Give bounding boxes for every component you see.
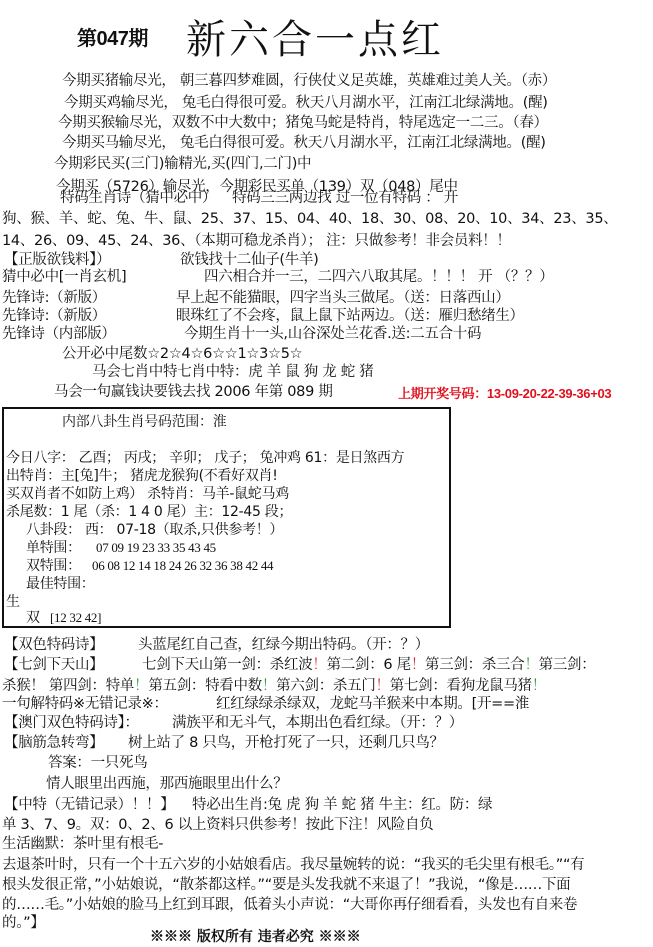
poem-line: 今期买鸡输尽光， 兔毛白得很可爱。秋天八月湖水平，江南江北绿满地。(醒) bbox=[64, 94, 548, 112]
qijian-part: 杀猴！ 第四剑：特单 bbox=[2, 678, 134, 694]
bagua-box: 内部八卦生肖号码范围：淮 今日八字： 乙酉； 丙戌； 辛卯； 戊子； 兔冲鸡 6… bbox=[2, 407, 451, 628]
qijian-part: 第六剑：杀五门 bbox=[276, 678, 375, 694]
shuang-values: 06 08 12 14 18 24 26 32 36 38 42 44 bbox=[92, 557, 273, 575]
humor-title: 生活幽默：茶叶里有根毛- bbox=[2, 835, 163, 853]
xianfeng-text-1: 早上起不能猫眼，四字当头三做尾。（送：日落西山） bbox=[176, 289, 510, 307]
exclaim-mark: ！ bbox=[532, 678, 546, 694]
weishu-line: 公开必中尾数☆2☆4☆6☆☆1☆3☆5☆ bbox=[62, 345, 302, 363]
shengxiao-label: 特码生肖诗（猜中必中） bbox=[60, 189, 216, 207]
maishuang-line: 买双肖者不如防上鸡） 杀特肖：马羊-鼠蛇马鸡 bbox=[6, 485, 289, 503]
exclaim-mark: ！ bbox=[376, 678, 390, 694]
yiju-label: 一句解特码※无错记录※： bbox=[2, 695, 168, 713]
zhengban-text: 欲钱找十二仙子(牛羊) bbox=[180, 251, 319, 269]
poem-line: 今期买马输尽光， 兔毛白得很可爱。秋天八月湖水平，江南江北绿满地。(醒) bbox=[62, 134, 546, 152]
qijian-part: 第五剑：特看中数 bbox=[148, 678, 262, 694]
shuangse-text: 头蓝尾红自己查，红绿今期出特码。（开：？） bbox=[138, 636, 429, 654]
qijian-part: 第七剑：看狗龙鼠马猪 bbox=[390, 678, 532, 694]
exclaim-mark: ！ bbox=[134, 678, 148, 694]
mahui-line: 马会一句赢钱诀要钱去找 2006 年第 089 期 bbox=[54, 383, 333, 401]
xianfeng-label-2: 先锋诗:（新版） bbox=[2, 307, 106, 325]
aomen-text: 满族平和无斗气，本期出色看红绿。（开：？） bbox=[172, 714, 463, 732]
zhengban-label: 【正版欲钱料】） bbox=[4, 251, 110, 269]
zhongte-text: 特必出生肖:兔 虎 狗 羊 蛇 猪 牛主：红。防：绿 bbox=[192, 796, 492, 814]
shawei-line: 杀尾数：1 尾（杀：1 4 0 尾）主：12-45 段； bbox=[6, 503, 292, 521]
shuang-label: 双特围： bbox=[26, 557, 81, 575]
humor-line: 去退茶叶时，只有一个十五六岁的小姑娘看店。我尽量婉转的说：“我买的毛尖里有根毛。… bbox=[2, 856, 584, 874]
yiju-text: 红红绿绿杀绿双，龙蛇马羊猴来中本期。[开==淮 bbox=[216, 695, 529, 713]
dan-values: 07 09 19 23 33 35 43 45 bbox=[96, 539, 216, 557]
shuang2-label: 双 bbox=[26, 609, 40, 627]
copyright-footer: ※※※ 版权所有 违者必究 ※※※ bbox=[150, 926, 361, 946]
shuangse-label: 【双色特码诗】 bbox=[4, 636, 103, 654]
qijian-line-1: 七剑下天山第一剑：杀红波！第二剑：6 尾！第三剑：杀三合！第三剑： bbox=[142, 656, 595, 674]
dan-label: 单特围： bbox=[26, 539, 81, 557]
poem-line: 今期买猴输尽光，双数不中大数中；猪兔马蛇是特肖，特尾选定一二三。（春） bbox=[58, 114, 548, 132]
qijian-part: 第二剑：6 尾 bbox=[327, 657, 411, 673]
exclaim-mark: ！ bbox=[312, 657, 326, 673]
naojin-label: 【脑筋急转弯】 bbox=[4, 734, 103, 752]
aomen-label: 【澳门双色特码诗】： bbox=[4, 714, 139, 732]
zhongte-label: 【中特（无错记录）！！】 bbox=[4, 796, 174, 814]
qijian-part: 第三剑：杀三合 bbox=[425, 657, 524, 673]
sheng-label: 生 bbox=[6, 593, 20, 611]
danshuang-line: 单 3、7、9。双：0、2、6 以上资料只供参考！按此下注！风险自负 bbox=[2, 816, 433, 834]
qijian-label: 【七剑下天山】 bbox=[4, 656, 103, 674]
qijian-line-2: 杀猴！ 第四剑：特单！第五剑：特看中数！第六剑：杀五门！第七剑：看狗龙鼠马猪！ bbox=[2, 677, 546, 695]
shuang2-values: [12 32 42] bbox=[50, 609, 101, 627]
humor-line: 的。”】 bbox=[2, 914, 45, 932]
men-line: 今期彩民买(三门)输精光,买(四门,二门)中 bbox=[54, 155, 311, 173]
bazi-line: 今日八字： 乙酉； 丙戌； 辛卯； 戊子； 兔冲鸡 61：是日煞西方 bbox=[6, 449, 404, 467]
humor-line: 的……毛。”小姑娘的脸马上红到耳跟，低着头小声说：“大哥你再仔细看看，头发也有自… bbox=[2, 896, 577, 914]
issue-number: 第047期 bbox=[77, 22, 148, 51]
caizhong-text: 四六相合并一三，二四六八取其尾。！！！ 开 （？？） bbox=[204, 268, 553, 286]
best-label: 最佳特围： bbox=[26, 575, 95, 593]
naojin-text: 树上站了 8 只鸟，开枪打死了一只，还剩几只鸟？ bbox=[128, 734, 444, 752]
qixiao-line: 马会七肖中特七肖中特：虎 羊 鼠 狗 龙 蛇 猪 bbox=[92, 363, 373, 381]
shengxiao-hint: 特码三三两边找 过一位有特码 ： 开 bbox=[232, 189, 458, 207]
xianfeng-text-3: 今期生肖十一头,山谷深处兰花香.送:二五合十码 bbox=[184, 325, 481, 343]
chu-line: 出特肖：主[兔]牛； 猪虎龙猴狗(不看好双肖! bbox=[6, 467, 278, 485]
xianfeng-label-1: 先锋诗:（新版） bbox=[2, 289, 106, 307]
answer-line: 答案：一只死鸟 bbox=[48, 754, 147, 772]
caizhong-label: 猜中必中[一肖玄机] bbox=[2, 268, 126, 286]
exclaim-mark: ！ bbox=[262, 678, 276, 694]
humor-line: 根头发很正常，”小姑娘说，“散茶都这样。”“要是头发我就不来退了！”我说，“像是… bbox=[2, 876, 570, 894]
poem-line: 今期买猪输尽光， 朝三暮四梦难圆，行侠仗义足英雄，英雄难过美人关。（赤） bbox=[62, 72, 556, 90]
page-title: 新六合一点红 bbox=[186, 16, 444, 64]
xianfeng-text-2: 眼珠红了不会疼，鼠上鼠下站两边。（送：雁归愁绪生） bbox=[176, 307, 524, 325]
qijian-part: 七剑下天山第一剑：杀红波 bbox=[142, 657, 312, 673]
qijian-part: 第三剑： bbox=[539, 657, 596, 673]
numbers-line-1: 狗、猴、羊、蛇、兔、牛、鼠、25、37、15、04、40、18、30、08、20… bbox=[2, 210, 617, 228]
bagua-line: 八卦段： 西： 07-18（取杀,只供参考！） bbox=[26, 521, 283, 539]
exclaim-mark: ！ bbox=[524, 657, 538, 673]
question-line: 情人眼里出西施，那西施眼里出什么？ bbox=[46, 775, 287, 793]
exclaim-mark: ！ bbox=[411, 657, 425, 673]
xianfeng-label-3: 先锋诗（内部版） bbox=[2, 325, 116, 343]
last-draw-numbers: 上期开奖号码：13-09-20-22-39-36+03 bbox=[398, 385, 611, 403]
numbers-line-2: 14、26、09、45、24、36、（本期可稳龙杀肖）； 注：只做参考！非会员料… bbox=[2, 232, 511, 250]
box-title: 内部八卦生肖号码范围：淮 bbox=[62, 413, 226, 431]
